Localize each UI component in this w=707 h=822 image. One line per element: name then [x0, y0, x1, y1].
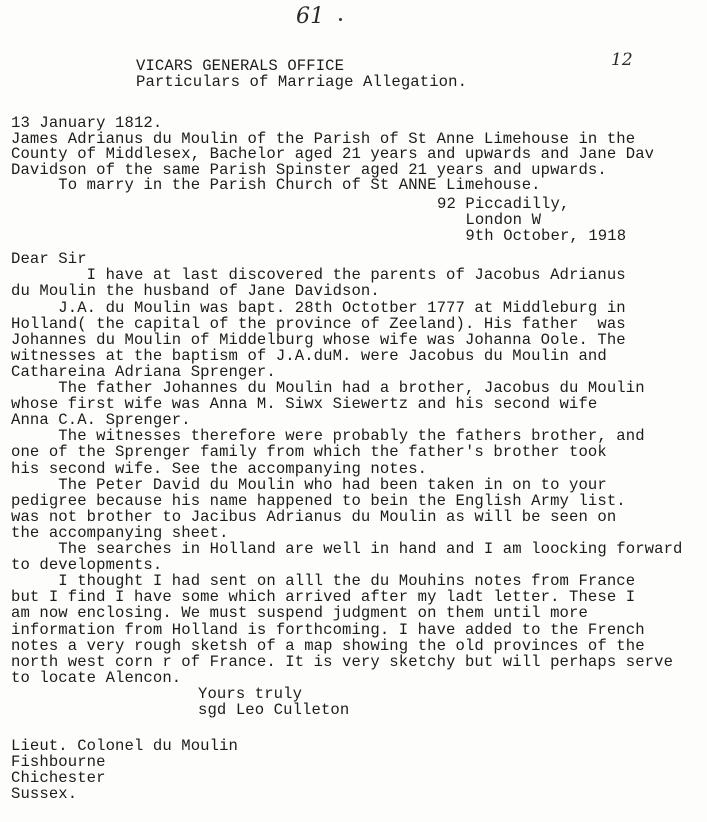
- letter-line: to developments.: [11, 557, 162, 573]
- sender-address-line: 92 Piccadilly,: [437, 196, 569, 212]
- handwritten-folio-mark: 61: [296, 4, 324, 29]
- letter-line: du Moulin the husband of Jane Davidson.: [11, 283, 380, 299]
- ink-dot: [339, 18, 342, 21]
- handwritten-page-number: 12: [611, 50, 633, 70]
- letter-line: the accompanying sheet.: [11, 525, 229, 541]
- allegation-line: James Adrianus du Moulin of the Parish o…: [11, 131, 635, 147]
- letter-line: notes a very rough sketsh of a map showi…: [11, 638, 645, 654]
- letter-line: his second wife. See the accompanying no…: [11, 461, 427, 477]
- letter-line: The witnesses therefore were probably th…: [11, 428, 645, 444]
- letter-line: I thought I had sent on alll the du Mouh…: [11, 573, 635, 589]
- letter-line: The Peter David du Moulin who had been t…: [11, 477, 607, 493]
- letter-line: one of the Sprenger family from which th…: [11, 444, 607, 460]
- document-subtitle: Particulars of Marriage Allegation.: [136, 74, 467, 90]
- sender-address-line: 9th October, 1918: [437, 228, 626, 244]
- letter-line: north west corn r of France. It is very …: [11, 654, 673, 670]
- recipient-line: Fishbourne: [11, 754, 106, 770]
- letter-line: whose first wife was Anna M. Siwx Siewer…: [11, 396, 597, 412]
- letter-line: witnesses at the baptism of J.A.duM. wer…: [11, 348, 607, 364]
- letter-line: pedigree because his name happened to be…: [11, 493, 626, 509]
- letter-line: but I find I have some which arrived aft…: [11, 589, 635, 605]
- sender-address-line: London W: [437, 212, 541, 228]
- allegation-line: To marry in the Parish Church of St ANNE…: [11, 177, 541, 193]
- signature: sgd Leo Culleton: [198, 702, 349, 718]
- letter-line: Cathareina Adriana Sprenger.: [11, 364, 276, 380]
- recipient-line: Lieut. Colonel du Moulin: [11, 738, 238, 754]
- letter-line: J.A. du Moulin was bapt. 28th Octotber 1…: [11, 300, 626, 316]
- letter-line: Holland( the capital of the province of …: [11, 316, 626, 332]
- closing-phrase: Yours truly: [198, 686, 302, 702]
- allegation-line: Davidson of the same Parish Spinster age…: [11, 162, 607, 178]
- letter-line: Anna C.A. Sprenger.: [11, 412, 191, 428]
- document-page: 61 12 VICARS GENERALS OFFICE Particulars…: [0, 0, 707, 822]
- letter-line: was not brother to Jacibus Adrianus du M…: [11, 509, 616, 525]
- recipient-line: Chichester: [11, 770, 106, 786]
- recipient-line: Sussex.: [11, 786, 77, 802]
- letter-line: The father Johannes du Moulin had a brot…: [11, 380, 645, 396]
- allegation-line: County of Middlesex, Bachelor aged 21 ye…: [11, 146, 654, 162]
- salutation: Dear Sir: [11, 251, 87, 267]
- letter-line: Johannes du Moulin of Middelburg whose w…: [11, 332, 626, 348]
- letter-line: I have at last discovered the parents of…: [11, 267, 626, 283]
- letter-line: am now enclosing. We must suspend judgme…: [11, 605, 588, 621]
- letter-line: information from Holland is forthcoming.…: [11, 622, 645, 638]
- office-title: VICARS GENERALS OFFICE: [136, 58, 344, 74]
- letter-line: The searches in Holland are well in hand…: [11, 541, 683, 557]
- allegation-line: 13 January 1812.: [11, 115, 162, 131]
- letter-line: to locate Alencon.: [11, 670, 181, 686]
